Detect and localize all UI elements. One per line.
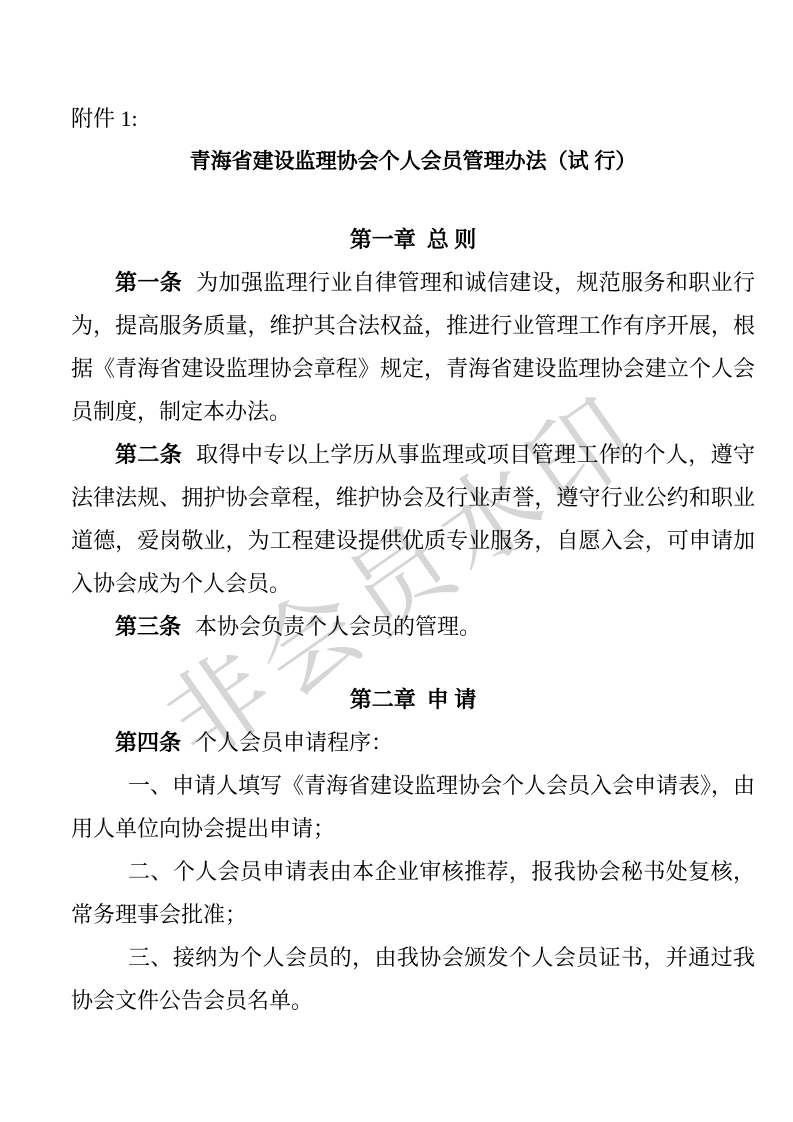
article-2-paragraph: 第二条取得中专以上学历从事监理或项目管理工作的个人，遵守法律法规、拥护协会章程，… bbox=[71, 433, 755, 605]
article-1-paragraph: 第一条为加强监理行业自律管理和诚信建设，规范服务和职业行为，提高服务质量，维护其… bbox=[71, 261, 755, 433]
chapter-1-heading: 第一章 总 则 bbox=[71, 218, 755, 261]
article-4-text: 个人会员申请程序： bbox=[195, 730, 393, 755]
procedure-item-3: 三、接纳为个人会员的，由我协会颁发个人会员证书，并通过我协会文件公告会员名单。 bbox=[71, 936, 755, 1022]
procedure-item-2: 二、个人会员申请表由本企业审核推荐，报我协会秘书处复核，常务理事会批准； bbox=[71, 850, 755, 936]
article-3-text: 本协会负责个人会员的管理。 bbox=[195, 614, 481, 639]
article-2-label: 第二条 bbox=[115, 442, 182, 467]
attachment-label: 附件 1: bbox=[71, 97, 755, 140]
article-4-label: 第四条 bbox=[115, 730, 181, 755]
document-content: 附件 1: 青海省建设监理协会个人会员管理办法（试 行） 第一章 总 则 第一条… bbox=[71, 97, 755, 1022]
article-3-label: 第三条 bbox=[115, 614, 181, 639]
document-title: 青海省建设监理协会个人会员管理办法（试 行） bbox=[71, 140, 755, 183]
chapter-2-heading: 第二章 申 请 bbox=[71, 678, 755, 721]
procedure-item-1: 一、申请人填写《青海省建设监理协会个人会员入会申请表》，由用人单位向协会提出申请… bbox=[71, 764, 755, 850]
document-page: 非会员水印 附件 1: 青海省建设监理协会个人会员管理办法（试 行） 第一章 总… bbox=[0, 0, 793, 1122]
article-3-paragraph: 第三条本协会负责个人会员的管理。 bbox=[71, 605, 755, 648]
article-4-paragraph: 第四条个人会员申请程序： bbox=[71, 721, 755, 764]
article-1-label: 第一条 bbox=[115, 270, 182, 295]
